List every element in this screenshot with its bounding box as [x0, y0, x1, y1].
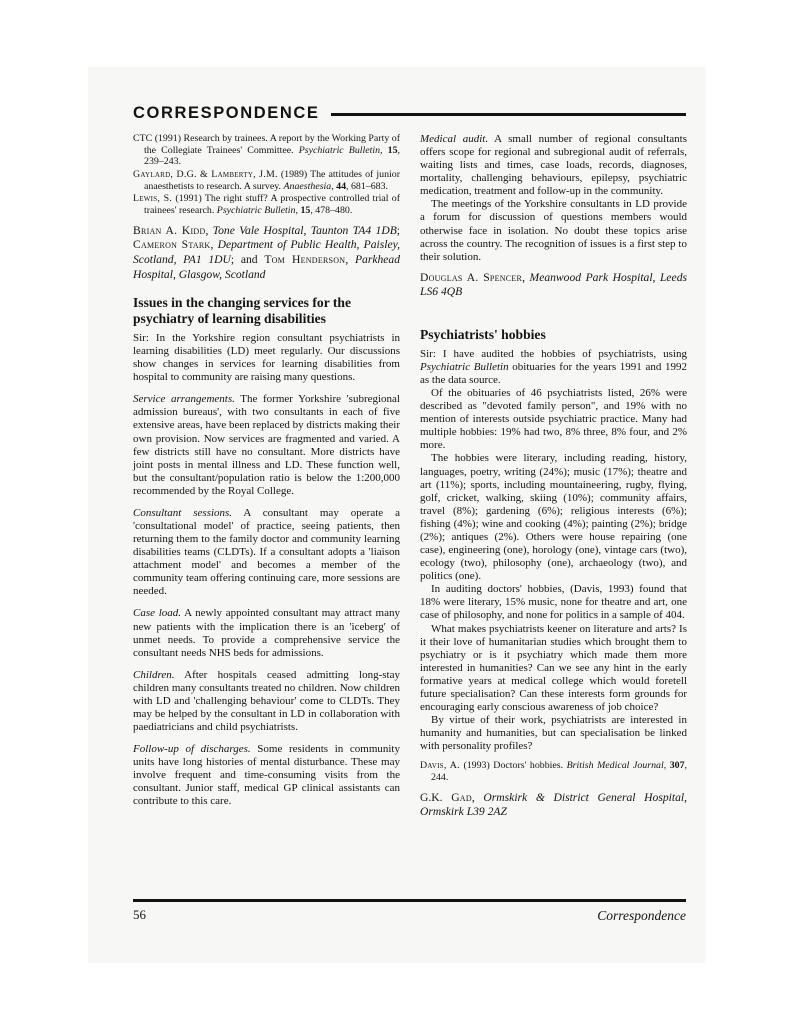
paragraph: By virtue of their work, psychiatrists a…: [420, 714, 687, 753]
right-column: Medical audit. A small number of regiona…: [420, 133, 687, 820]
letter-title: Issues in the changing services for the …: [133, 295, 400, 327]
signature-block: Brian A. Kidd, Tone Vale Hospital, Taunt…: [133, 224, 400, 282]
paragraph: The hobbies were literary, including rea…: [420, 452, 687, 583]
reference-entry: Lewis, S. (1991) The right stuff? A pros…: [133, 193, 400, 216]
paragraph: Of the obituaries of 46 psychiatrists li…: [420, 387, 687, 452]
running-title: Correspondence: [597, 908, 686, 924]
signature-block: G.K. Gad, Ormskirk & District General Ho…: [420, 791, 687, 820]
paragraph: Service arrangements. The former Yorkshi…: [133, 393, 400, 498]
reference-entry: CTC (1991) Research by trainees. A repor…: [133, 133, 400, 168]
paragraph: Sir: In the Yorkshire region consultant …: [133, 332, 400, 384]
paragraph: The meetings of the Yorkshire consultant…: [420, 198, 687, 263]
paragraph: Sir: I have audited the hobbies of psych…: [420, 348, 687, 387]
reference-entry: Davis, A. (1993) Doctors' hobbies. Briti…: [420, 760, 687, 783]
paragraph: Children. After hospitals ceased admitti…: [133, 669, 400, 734]
left-column: CTC (1991) Research by trainees. A repor…: [133, 133, 400, 809]
paragraph: In auditing doctors' hobbies, (Davis, 19…: [420, 583, 687, 622]
paragraph: Case load. A newly appointed consultant …: [133, 607, 400, 659]
signature-block: Douglas A. Spencer, Meanwood Park Hospit…: [420, 271, 687, 300]
footer-rule: [133, 899, 686, 902]
header-rule: [331, 113, 686, 116]
letter-title: Psychiatrists' hobbies: [420, 327, 687, 343]
paragraph: What makes psychiatrists keener on liter…: [420, 623, 687, 715]
page-number: 56: [133, 907, 146, 923]
reference-entry: Gaylard, D.G. & Lamberty, J.M. (1989) Th…: [133, 169, 400, 192]
section-title: CORRESPONDENCE: [133, 104, 320, 123]
page-header: CORRESPONDENCE: [133, 104, 686, 123]
paragraph: Follow-up of discharges. Some residents …: [133, 743, 400, 808]
paragraph: Medical audit. A small number of regiona…: [420, 133, 687, 198]
paragraph: Consultant sessions. A consultant may op…: [133, 507, 400, 599]
